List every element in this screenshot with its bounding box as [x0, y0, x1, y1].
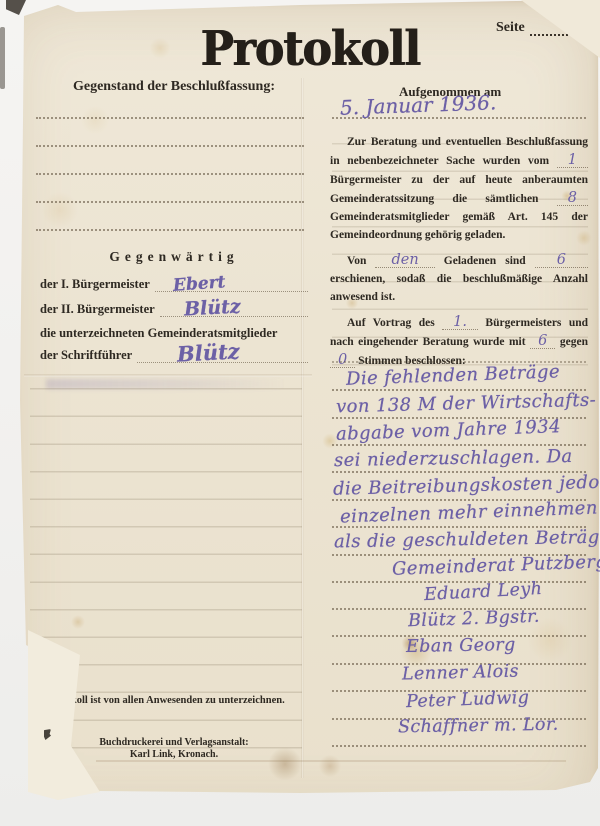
handwritten-name: Blütz — [183, 296, 241, 321]
field-label: der Schriftführer — [40, 348, 132, 363]
inline-blank: 6 — [535, 255, 588, 268]
field-blank-line: Blütz — [160, 301, 308, 317]
inline-blank: 1 — [557, 155, 588, 168]
dotted-line — [36, 173, 304, 175]
field-label: der II. Bürgermeister — [40, 302, 155, 317]
handwritten-value: den — [391, 252, 418, 268]
inline-blank: 8 — [557, 193, 588, 206]
dotted-line — [36, 201, 304, 203]
handwritten-value: 6 — [538, 333, 547, 349]
dotted-line — [36, 229, 304, 231]
seite-label: Seite — [496, 20, 525, 36]
present-heading: Gegenwärtig — [40, 249, 308, 265]
signing-note: Protokoll ist von allen Anwesenden zu un… — [46, 695, 285, 706]
scanner-edge-mark — [0, 27, 5, 89]
print-text: erschienen, sodaß die beschlußmäßige Anz… — [330, 273, 588, 303]
field-label: die unterzeichneten Gemeinderatsmitglied… — [40, 326, 277, 341]
print-text: Bürgermeister zu der auf heute anberaumt… — [330, 174, 588, 205]
subject-heading: Gegenstand der Beschlußfassung: — [40, 79, 308, 95]
handwritten-resolution-line: sei niederzuschlagen. Da — [334, 446, 573, 471]
dotted-line — [36, 145, 304, 147]
inline-blank: 6 — [530, 336, 555, 349]
field-first-mayor: der I. Bürgermeister Ebert — [40, 276, 308, 292]
scanned-document: Protokoll Seite Gegenstand der Beschlußf… — [0, 0, 600, 826]
inline-blank: den — [375, 255, 434, 268]
handwritten-value: 6 — [557, 252, 566, 268]
paragraph-summons: Zur Beratung und eventuellen Beschlußfas… — [330, 133, 588, 245]
printer-imprint: Buchdruckerei und Verlagsanstalt: Karl L… — [84, 737, 264, 760]
field-label: der I. Bürgermeister — [40, 277, 150, 292]
inline-blank: 1. — [442, 317, 478, 330]
print-text: Gemeinderatsmitglieder gemäß Art. 145 de… — [330, 211, 588, 241]
page-title: Protokoll — [140, 22, 480, 77]
field-blank-line: Blütz — [137, 347, 308, 363]
handwritten-value: 8 — [568, 190, 577, 206]
handwritten-name: Blütz — [177, 338, 241, 366]
field-secretary: der Schriftführer Blütz — [40, 347, 308, 363]
paragraph-attendance: Von den Geladenen sind 6 erschienen, sod… — [330, 251, 588, 307]
signature: Eban Georg — [406, 635, 516, 657]
bottom-fold-crease — [96, 760, 566, 762]
print-text: Zur Beratung und eventuellen Beschlußfas… — [330, 136, 588, 167]
signature: Lenner Alois — [402, 661, 519, 684]
protocol-body-text: Zur Beratung und eventuellen Beschlußfas… — [330, 133, 588, 371]
printer-line: Karl Link, Kronach. — [84, 749, 264, 761]
dotted-line — [332, 745, 586, 747]
handwritten-name: Ebert — [172, 272, 226, 296]
printer-line: Buchdruckerei und Verlagsanstalt: — [84, 737, 264, 749]
print-text: Auf Vortrag des — [347, 317, 435, 329]
print-text: Geladenen sind — [444, 255, 526, 267]
handwritten-value: 1 — [568, 152, 577, 168]
handwritten-value: 1. — [453, 314, 467, 330]
field-council-members: die unterzeichneten Gemeinderatsmitglied… — [40, 326, 308, 341]
dotted-line — [36, 117, 304, 119]
signature: Schaffner m. Lor. — [398, 715, 559, 738]
field-second-mayor: der II. Bürgermeister Blütz — [40, 301, 308, 317]
print-text: Von — [347, 255, 366, 267]
print-text: gegen — [560, 336, 588, 348]
scanner-edge-mark — [6, 0, 26, 15]
field-blank-line: Ebert — [155, 276, 308, 292]
